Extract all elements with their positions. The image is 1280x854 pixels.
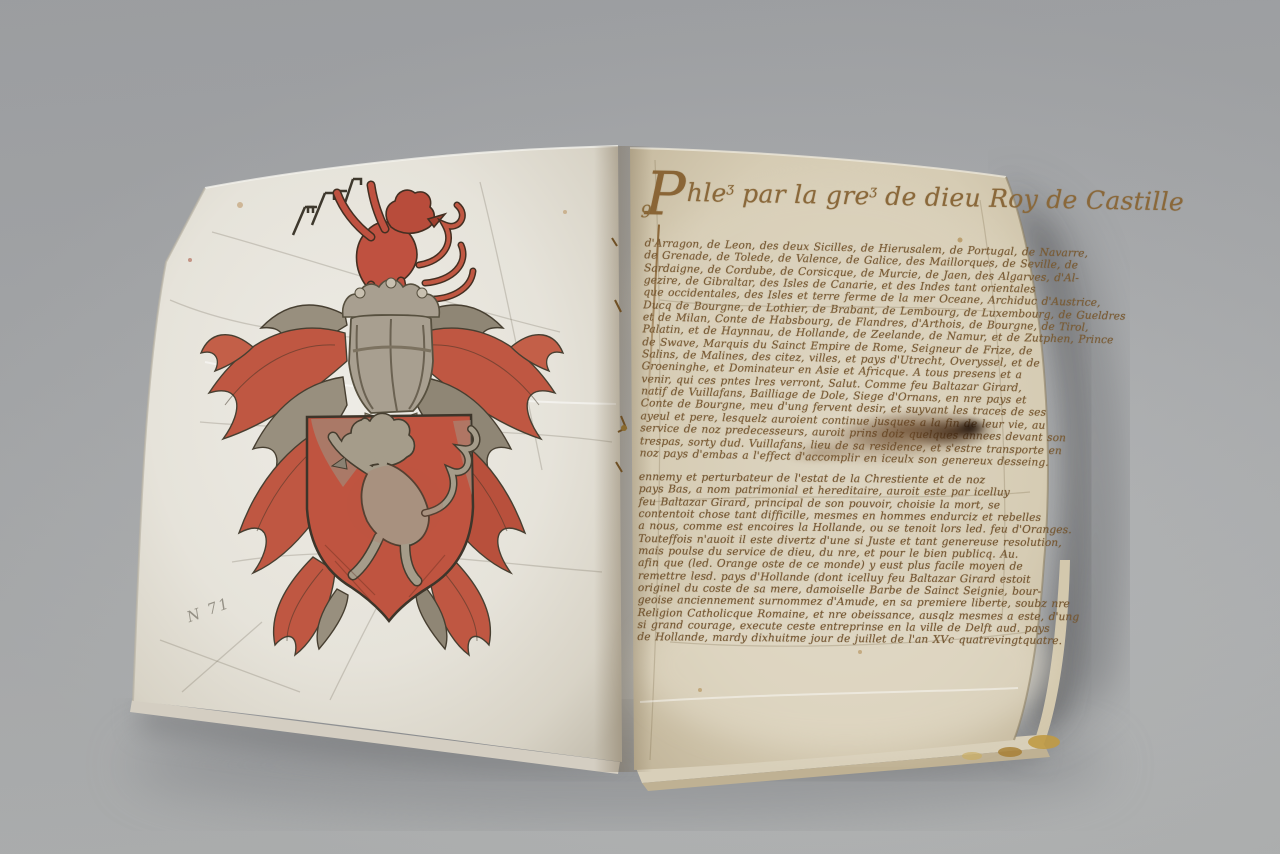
- abbreviation-9-mark: 9: [641, 202, 653, 222]
- right-page-text: P9hleʒ par la greʒ de dieu Roy de Castil…: [637, 172, 1050, 650]
- heading-word: hle: [687, 178, 727, 208]
- titles-paragraph: d'Arragon, de Leon, des deux Sicilles, d…: [640, 237, 1049, 469]
- photograph: P9hleʒ par la greʒ de dieu Roy de Castil…: [0, 0, 1280, 854]
- heading-words: par la gre: [734, 179, 870, 211]
- narrative-paragraph: ennemy et perturbateur de l'estat de la …: [637, 471, 1043, 648]
- heading-words: de dieu Roy de Castille: [877, 182, 1185, 217]
- royal-heading: P9hleʒ par la greʒ de dieu Roy de Castil…: [645, 172, 1050, 232]
